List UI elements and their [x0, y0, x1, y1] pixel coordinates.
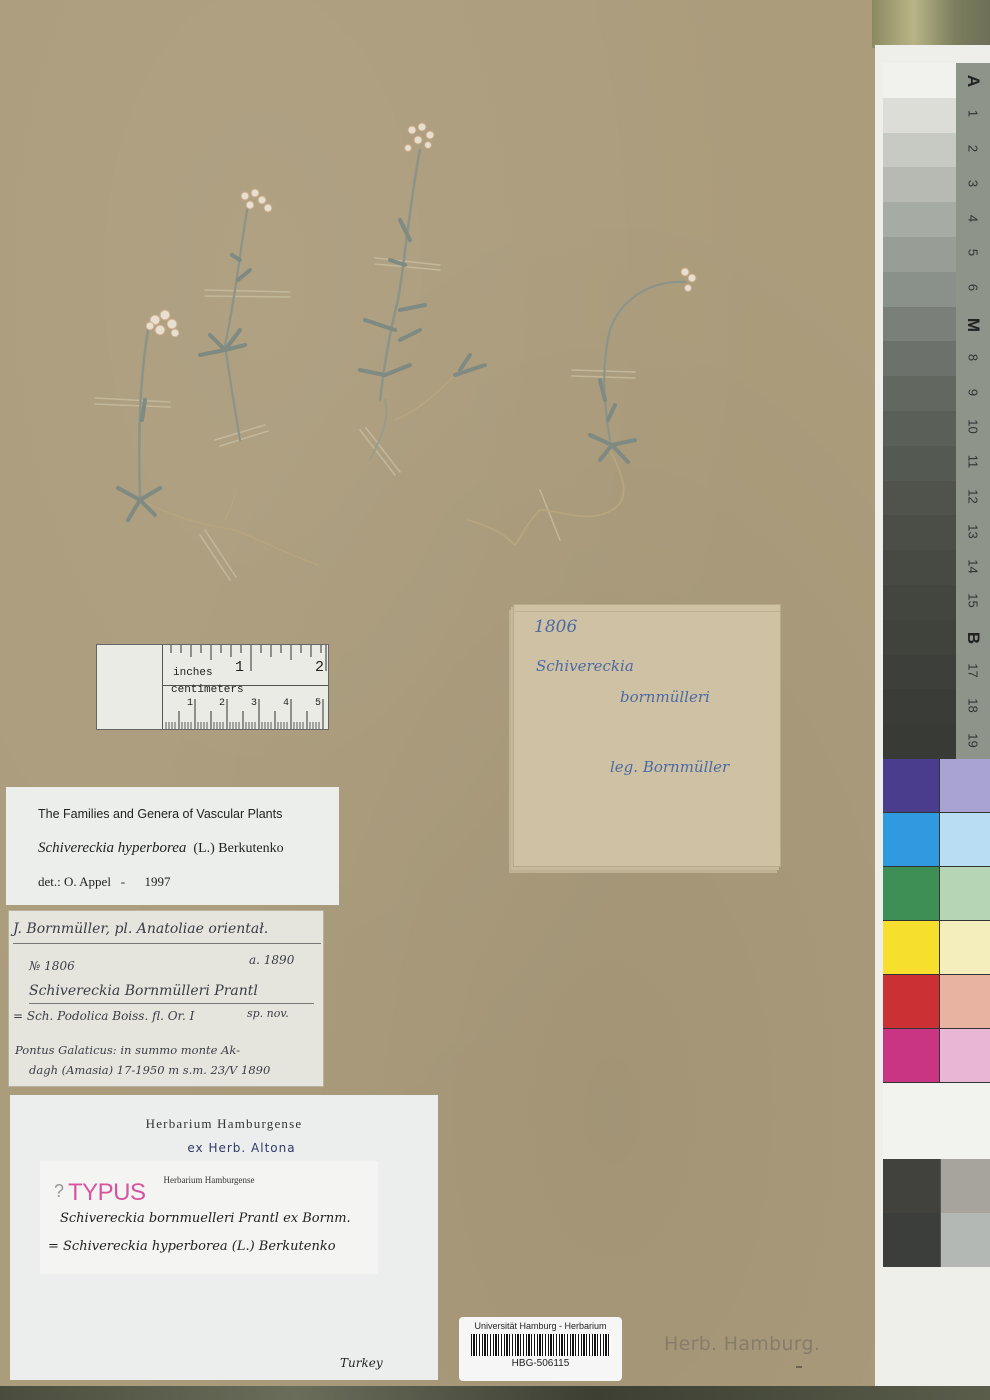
grey-patch — [883, 550, 956, 585]
grey-patch — [883, 202, 956, 237]
scale-label: B — [963, 621, 983, 655]
color-patch — [883, 1029, 939, 1082]
color-patch-row — [883, 921, 990, 975]
inch-tick-1: 1 — [235, 659, 244, 676]
color-patch — [883, 975, 939, 1028]
seed-packet: 1806 Schivereckia bornmülleri leg. Bornm… — [513, 604, 781, 867]
color-patch — [939, 867, 990, 920]
barcode-title: Universität Hamburg - Herbarium — [459, 1321, 622, 1331]
grey-patch — [883, 446, 956, 481]
color-patch — [883, 867, 939, 920]
color-patch — [940, 1159, 990, 1213]
color-patch-row — [883, 759, 990, 813]
collector-line: J. Bornmüller, pl. Anatoliae orientał. — [13, 921, 268, 937]
det-prefix: det.: — [38, 874, 61, 889]
hamburg-label-subtitle: ex Herb. Altona — [10, 1141, 438, 1155]
grey-patch — [883, 341, 956, 376]
inch-ticks — [163, 645, 328, 686]
scale-label: 12 — [966, 480, 981, 514]
scanner-edge — [872, 0, 990, 48]
grey-patch — [883, 63, 956, 98]
herbarium-hamburg-label: Herbarium Hamburgense ex Herb. Altona He… — [10, 1095, 438, 1380]
inch-tick-2: 2 — [315, 659, 324, 676]
inch-scale: inches 1 2 — [163, 645, 328, 686]
taxon-underline — [29, 1003, 314, 1004]
grey-patch — [883, 620, 956, 655]
white-patch — [883, 1083, 990, 1159]
det-label-title: The Families and Genera of Vascular Plan… — [38, 807, 282, 821]
sp-nov-note: sp. nov. — [247, 1007, 289, 1020]
ruler-blank-area — [97, 645, 163, 729]
packet-genus: Schivereckia — [536, 657, 634, 675]
grey-patch — [883, 515, 956, 550]
locality-line-2: dagh (Amasia) 17-1950 m s.m. 23/V 1890 — [29, 1063, 270, 1077]
locality-line-1: Pontus Galaticus: in summo monte Ak- — [15, 1043, 240, 1057]
packet-species: bornmülleri — [620, 688, 710, 706]
taxon-author: (L.) Berkutenko — [193, 841, 283, 856]
grey-patch — [883, 411, 956, 446]
grey-patch — [883, 481, 956, 516]
synonym-line: = Sch. Podolica Boiss. fl. Or. I — [13, 1009, 194, 1023]
packet-number: 1806 — [534, 617, 577, 637]
grey-patch — [883, 167, 956, 202]
scale-label: 5 — [966, 236, 981, 270]
hamburg-label-title: Herbarium Hamburgense — [10, 1116, 438, 1132]
grey-patch — [883, 237, 956, 272]
scale-label: A — [963, 64, 983, 98]
herbarium-stamp: Herb. Hamburg. — [664, 1333, 820, 1355]
typus-synonym-line: = Schivereckia hyperborea (L.) Berkutenk… — [48, 1239, 336, 1254]
color-patch — [883, 1159, 940, 1213]
scale-label: 11 — [966, 445, 981, 479]
color-patch-row — [883, 1029, 990, 1083]
scale-label: 18 — [966, 688, 981, 722]
color-patch — [883, 759, 939, 812]
specimen-plants — [0, 0, 875, 620]
cm-tick-2: 2 — [219, 698, 225, 709]
grey-patch — [883, 133, 956, 168]
scale-label: M — [963, 308, 983, 342]
scale-ruler: inches 1 2 centimeters — [96, 644, 329, 730]
color-calibration-chart: A123456M89101112131415B171819 — [875, 45, 990, 1386]
cm-tick-1: 1 — [187, 698, 193, 709]
color-patch — [939, 921, 990, 974]
grey-scale-patches — [883, 63, 956, 759]
barcode-label: Universität Hamburg - Herbarium HBG-5061… — [459, 1317, 622, 1381]
cm-tick-5: 5 — [315, 698, 321, 709]
color-patch — [940, 1213, 990, 1267]
scale-label: 14 — [966, 549, 981, 583]
grey-patch — [883, 655, 956, 690]
typus-stamp: TYPUS — [68, 1179, 146, 1207]
color-patch-row — [883, 975, 990, 1029]
barcode-id: HBG-506115 — [459, 1358, 622, 1369]
scanner-bottom-edge — [0, 1386, 990, 1400]
det-year: 1997 — [145, 874, 171, 889]
collection-date-approx: a. 1890 — [249, 953, 294, 967]
grey-scale-labels: A123456M89101112131415B171819 — [956, 63, 990, 759]
original-collection-label: J. Bornmüller, pl. Anatoliae orientał. №… — [8, 910, 324, 1087]
packet-fold — [514, 611, 780, 612]
color-patch-row — [883, 867, 990, 921]
query-mark: ? — [54, 1181, 64, 1202]
inches-label: inches — [173, 667, 213, 679]
dark-patch-row — [883, 1159, 990, 1213]
det-separator: - — [121, 874, 125, 889]
color-patch — [939, 813, 990, 866]
color-patch — [883, 813, 939, 866]
determination-label: The Families and Genera of Vascular Plan… — [6, 787, 339, 905]
cm-tick-4: 4 — [283, 698, 289, 709]
color-patch — [939, 1029, 990, 1082]
det-label-taxon: Schivereckia hyperborea (L.) Berkutenko — [38, 840, 284, 857]
color-patch — [883, 921, 939, 974]
cm-scale: centimeters 1 2 3 4 — [163, 686, 328, 729]
grey-patch — [883, 689, 956, 724]
color-patch — [939, 975, 990, 1028]
scale-label: 6 — [966, 271, 981, 305]
scale-label: 17 — [966, 654, 981, 688]
dark-patch-row — [883, 1213, 990, 1267]
grey-patch — [883, 307, 956, 342]
packet-collector: leg. Bornmüller — [610, 758, 729, 776]
color-patch — [883, 1213, 940, 1267]
country-note: Turkey — [340, 1356, 383, 1370]
grey-patch — [883, 724, 956, 759]
typus-name-line: Schivereckia bornmuelleri Prantl ex Born… — [60, 1211, 351, 1226]
grey-patch — [883, 376, 956, 411]
color-patches — [883, 759, 990, 1267]
scale-label: 15 — [966, 584, 981, 618]
grey-patch — [883, 585, 956, 620]
scale-label: 19 — [966, 723, 981, 757]
taxon-original: Schivereckia Bornmülleri Prantl — [29, 983, 258, 999]
stamp-mark — [796, 1366, 802, 1368]
typus-slip: Herbarium Hamburgense ? TYPUS Schivereck… — [40, 1161, 378, 1274]
grey-patch — [883, 98, 956, 133]
scale-label: 13 — [966, 514, 981, 548]
color-patch — [939, 759, 990, 812]
scale-label: 3 — [966, 166, 981, 200]
grey-patch — [883, 272, 956, 307]
det-name: O. Appel — [64, 874, 111, 889]
scale-label: 8 — [966, 340, 981, 374]
color-patch-row — [883, 813, 990, 867]
cm-tick-3: 3 — [251, 698, 257, 709]
scale-label: 2 — [966, 132, 981, 166]
barcode-icon — [471, 1334, 611, 1356]
det-label-determiner: det.: O. Appel - 1997 — [38, 874, 171, 890]
collection-number: № 1806 — [29, 959, 75, 973]
scale-label: 9 — [966, 375, 981, 409]
scale-label: 1 — [966, 97, 981, 131]
label-rule — [13, 943, 321, 944]
taxon-name: Schivereckia hyperborea — [38, 840, 186, 856]
scale-label: 10 — [966, 410, 981, 444]
scale-label: 4 — [966, 201, 981, 235]
